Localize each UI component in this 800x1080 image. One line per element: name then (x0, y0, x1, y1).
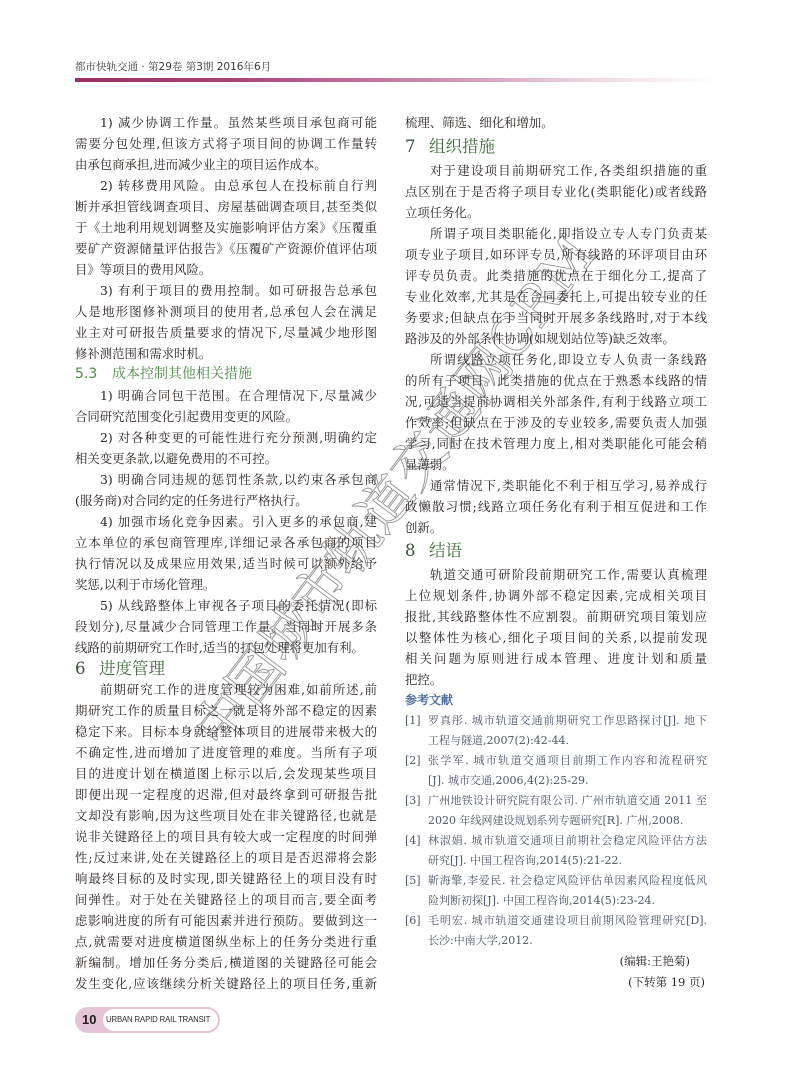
reference-line: 险判断初探[J]. 中国工程咨询,2014(5):23-24. (428, 891, 707, 911)
text-line: 文却没有影响,因为这些项目处在非关键路径,也就是 (75, 805, 377, 826)
text-line: 1) 减少协调工作量。虽然某些项目承包商可能 (75, 112, 377, 133)
running-header: 都市快轨交通 · 第29卷 第3期 2016年6月 (75, 60, 271, 74)
text-line: (服务商)对合同约定的任务进行严格执行。 (75, 490, 377, 511)
paragraph: 4) 加强市场化竞争因素。引入更多的承包商,建 立本单位的承包商管理库,详细记录… (75, 511, 377, 595)
references-heading: 参考文献 (405, 690, 707, 711)
page-footer: 10 URBAN RAPID RAIL TRANSIT (75, 1007, 220, 1033)
text-line: 需要分包处理,但该方式将子项目间的协调工作量转 (75, 133, 377, 154)
text-line: 新编制。增加任务分类后,横道图的关键路径可能会 (75, 952, 377, 973)
reference-label: [5] (405, 871, 421, 891)
subsection-number: 5.3 (75, 364, 112, 385)
paragraph: 1) 明确合同包干范围。在合理情况下,尽量减少 合同研究范围变化引起费用变更的风… (75, 385, 377, 427)
reference-line: 2020 年线网建设规划系列专题研究[R]. 广州,2008. (428, 811, 707, 831)
text-line: 路涉及的外部条件协调(如规划站位等)缺乏效率。 (405, 328, 707, 349)
text-line: 以整体性为核心,细化子项目间的关系,以提前发现 (405, 627, 707, 648)
text-line: 作效率;但缺点在于涉及的专业较多,需要负责人加强 (405, 412, 707, 433)
text-line: 务要求;但缺点在于当同时开展多条线路时,对于本线 (405, 307, 707, 328)
paragraph: 前期研究工作的进度管理较为困难,如前所述,前 期研究工作的质量目标之一就是将外部… (75, 679, 377, 994)
paragraph: 1) 减少协调工作量。虽然某些项目承包商可能 需要分包处理,但该方式将子项目间的… (75, 112, 377, 175)
section-number: 7 (405, 133, 429, 160)
text-line: 即便出现一定程度的迟滞,但对最终拿到可研报告批 (75, 784, 377, 805)
text-line: 学习,同时在技术管理力度上,相对类职能化可能会稍 (405, 433, 707, 454)
text-line: 虑影响进度的所有可能因素并进行预防。要做到这一 (75, 910, 377, 931)
text-line: 1) 明确合同包干范围。在合理情况下,尽量减少 (75, 385, 377, 406)
section-heading: 7组织措施 (405, 133, 707, 160)
text-line: 相关问题为原则进行成本管理、进度计划和质量 (405, 648, 707, 669)
reference-line: 研究[J]. 中国工程咨询,2014(5):21-22. (428, 851, 707, 871)
text-line: 对于建设项目前期研究工作,各类组织措施的重 (405, 160, 707, 181)
reference-item: [4] 林淑娟. 城市轨道交通项目前期社会稳定风险评估方法 研究[J]. 中国工… (405, 831, 707, 871)
reference-list: [1] 罗真彤. 城市轨道交通前期研究工作思路探讨[J]. 地下 工程与隧道,2… (405, 711, 707, 951)
page-number: 10 (82, 1007, 102, 1033)
reference-line: 罗真彤. 城市轨道交通前期研究工作思路探讨[J]. 地下 (428, 711, 707, 731)
section-heading: 6进度管理 (75, 658, 377, 679)
text-line: 线路的前期研究工作时,适当的打包处理将更加有利。 (75, 637, 377, 658)
text-line: 所谓子项目类职能化,即指设立专人专门负责某 (405, 223, 707, 244)
reference-line: 毛明宏. 城市轨道交通建设项目前期风险管理研究[D]. (428, 911, 707, 931)
text-line: 段划分),尽量减少合同管理工作量。当同时开展多条 (75, 616, 377, 637)
section-heading: 8结语 (405, 538, 707, 564)
section-title: 结语 (429, 541, 462, 560)
paragraph: 轨道交通可研阶段前期研究工作,需要认真梳理 上位规划条件,协调外部不稳定因素,完… (405, 564, 707, 690)
text-line: 2) 转移费用风险。由总承包人在投标前自行判 (75, 175, 377, 196)
reference-line: 张学军. 城市轨道交通项目前期工作内容和流程研究 (428, 751, 707, 771)
continued-on-note: (下转第 19 页) (405, 972, 707, 993)
reference-line: 靳海擎,李爱民. 社会稳定风险评估单因素风险程度低风 (428, 871, 707, 891)
reference-line: [J]. 城市交通,2006,4(2):25-29. (428, 771, 707, 791)
reference-line: 工程与隧道,2007(2):42-44. (428, 731, 707, 751)
reference-item: [3] 广州地铁设计研究院有限公司. 广州市轨道交通 2011 至 2020 年… (405, 791, 707, 831)
paragraph: 所谓线路立项任务化,即设立专人负责一条线路 的所有子项目。此类措施的优点在于熟悉… (405, 349, 707, 475)
text-line: 评专员负责。此类措施的优点在于细化分工,提高了 (405, 265, 707, 286)
text-line: 点区别在于是否将子项目专业化(类职能化)或者线路 (405, 181, 707, 202)
text-line: 业主对可研报告质量要求的情况下,尽量减少地形图 (75, 322, 377, 343)
text-line: 项专业子项目,如环评专员,所有线路的环评项目由环 (405, 244, 707, 265)
text-line: 修补测范围和需求时机。 (75, 343, 377, 364)
paragraph: 3) 明确合同违规的惩罚性条款,以约束各承包商 (服务商)对合同约定的任务进行严… (75, 469, 377, 511)
text-line: 的所有子项目。此类措施的优点在于熟悉本线路的情 (405, 370, 707, 391)
text-line: 人是地形图修补测项目的使用者,总承包人会在满足 (75, 301, 377, 322)
paragraph: 梳理、筛选、细化和增加。 (405, 112, 707, 133)
subsection-title: 成本控制其他相关措施 (112, 366, 252, 382)
text-line: 政懒散习惯;线路立项任务化有利于相互促进和工作 (405, 496, 707, 517)
reference-item: [1] 罗真彤. 城市轨道交通前期研究工作思路探讨[J]. 地下 工程与隧道,2… (405, 711, 707, 751)
right-column: 梳理、筛选、细化和增加。 7组织措施 对于建设项目前期研究工作,各类组织措施的重… (405, 112, 707, 993)
text-line: 性;反过来讲,处在关键路径上的项目是否迟滞将会影 (75, 847, 377, 868)
left-column: 1) 减少协调工作量。虽然某些项目承包商可能 需要分包处理,但该方式将子项目间的… (75, 112, 377, 994)
text-line: 要矿产资源储量评估报告》《压覆矿产资源价值评估项 (75, 238, 377, 259)
text-line: 显薄弱。 (405, 454, 707, 475)
editor-note: (编辑:王艳菊) (405, 951, 707, 972)
text-line: 4) 加强市场化竞争因素。引入更多的承包商,建 (75, 511, 377, 532)
paragraph: 5) 从线路整体上审视各子项目的委托情况(即标 段划分),尽量减少合同管理工作量… (75, 595, 377, 658)
reference-item: [6] 毛明宏. 城市轨道交通建设项目前期风险管理研究[D]. 长沙:中南大学,… (405, 911, 707, 951)
section-number: 8 (405, 538, 429, 564)
section-title: 组织措施 (429, 137, 495, 156)
journal-page: 都市快轨交通 · 第29卷 第3期 2016年6月 1) 减少协调工作量。虽然某… (0, 0, 800, 1080)
paragraph: 对于建设项目前期研究工作,各类组织措施的重 点区别在于是否将子项目专业化(类职能… (405, 160, 707, 223)
text-line: 所谓线路立项任务化,即设立专人负责一条线路 (405, 349, 707, 370)
reference-label: [6] (405, 911, 421, 931)
reference-item: [2] 张学军. 城市轨道交通项目前期工作内容和流程研究 [J]. 城市交通,2… (405, 751, 707, 791)
text-line: 轨道交通可研阶段前期研究工作,需要认真梳理 (405, 564, 707, 585)
section-title: 进度管理 (99, 659, 165, 678)
text-line: 断并承担管线调查项目、房屋基础调查项目,甚至类似 (75, 196, 377, 217)
header-rule (75, 78, 715, 82)
text-line: 稳定下来。目标本身就给整体项目的进展带来极大的 (75, 721, 377, 742)
footer-journal-box: URBAN RAPID RAIL TRANSIT (103, 1009, 218, 1031)
text-line: 2) 对各种变更的可能性进行充分预测,明确约定 (75, 427, 377, 448)
text-line: 况,可适当提前协调相关外部条件,有利于线路立项工 (405, 391, 707, 412)
text-line: 上位规划条件,协调外部不稳定因素,完成相关项目 (405, 585, 707, 606)
text-line: 相关变更条款,以避免费用的不可控。 (75, 448, 377, 469)
text-line: 3) 明确合同违规的惩罚性条款,以约束各承包商 (75, 469, 377, 490)
reference-label: [4] (405, 831, 421, 851)
text-line: 说非关键路径上的项目具有较大或一定程度的时间弹 (75, 826, 377, 847)
text-line: 立项任务化。 (405, 202, 707, 223)
text-line: 3) 有利于项目的费用控制。如可研报告总承包 (75, 280, 377, 301)
reference-label: [3] (405, 791, 421, 811)
text-line: 通常情况下,类职能化不利于相互学习,易养成行 (405, 475, 707, 496)
text-line: 期研究工作的质量目标之一就是将外部不稳定的因素 (75, 700, 377, 721)
paragraph: 通常情况下,类职能化不利于相互学习,易养成行 政懒散习惯;线路立项任务化有利于相… (405, 475, 707, 538)
text-line: 间弹性。对于处在关键路径上的项目而言,要全面考 (75, 889, 377, 910)
text-line: 专业化效率,尤其是在合同委托上,可提出较专业的任 (405, 286, 707, 307)
text-line: 目的进度计划在横道图上标示以后,会发现某些项目 (75, 763, 377, 784)
text-line: 报批,其线路整体性不应割裂。前期研究项目策划应 (405, 606, 707, 627)
section-number: 6 (75, 658, 99, 679)
text-line: 目》等项目的费用风险。 (75, 259, 377, 280)
text-line: 点,就需要对进度横道图纵坐标上的任务分类进行重 (75, 931, 377, 952)
journal-name-en: URBAN RAPID RAIL TRANSIT (106, 1009, 210, 1031)
paragraph: 2) 转移费用风险。由总承包人在投标前自行判 断并承担管线调查项目、房屋基础调查… (75, 175, 377, 280)
text-line: 把控。 (405, 669, 707, 690)
text-line: 梳理、筛选、细化和增加。 (405, 112, 707, 133)
text-line: 执行情况以及成果应用效果,适当时候可以额外给予 (75, 553, 377, 574)
paragraph: 所谓子项目类职能化,即指设立专人专门负责某 项专业子项目,如环评专员,所有线路的… (405, 223, 707, 349)
text-line: 发生变化,应该继续分析关键路径上的项目任务,重新 (75, 973, 377, 994)
paragraph: 3) 有利于项目的费用控制。如可研报告总承包 人是地形图修补测项目的使用者,总承… (75, 280, 377, 364)
text-line: 不确定性,进而增加了进度管理的难度。当所有子项 (75, 742, 377, 763)
paragraph: 2) 对各种变更的可能性进行充分预测,明确约定 相关变更条款,以避免费用的不可控… (75, 427, 377, 469)
text-line: 响最终目标的及时实现,即关键路径上的项目没有时 (75, 868, 377, 889)
text-line: 于《土地利用规划调整及实施影响评估方案》《压覆重 (75, 217, 377, 238)
text-line: 前期研究工作的进度管理较为困难,如前所述,前 (75, 679, 377, 700)
reference-line: 林淑娟. 城市轨道交通项目前期社会稳定风险评估方法 (428, 831, 707, 851)
reference-line: 长沙:中南大学,2012. (428, 931, 707, 951)
text-line: 由承包商承担,进而减少业主的项目运作成本。 (75, 154, 377, 175)
text-line: 立本单位的承包商管理库,详细记录各承包商的项目 (75, 532, 377, 553)
text-line: 合同研究范围变化引起费用变更的风险。 (75, 406, 377, 427)
text-line: 创新。 (405, 517, 707, 538)
reference-item: [5] 靳海擎,李爱民. 社会稳定风险评估单因素风险程度低风 险判断初探[J].… (405, 871, 707, 911)
reference-label: [1] (405, 711, 421, 731)
subsection-heading: 5.3成本控制其他相关措施 (75, 364, 377, 385)
text-line: 5) 从线路整体上审视各子项目的委托情况(即标 (75, 595, 377, 616)
reference-line: 广州地铁设计研究院有限公司. 广州市轨道交通 2011 至 (428, 791, 707, 811)
reference-label: [2] (405, 751, 421, 771)
text-line: 奖惩,以利于市场化管理。 (75, 574, 377, 595)
